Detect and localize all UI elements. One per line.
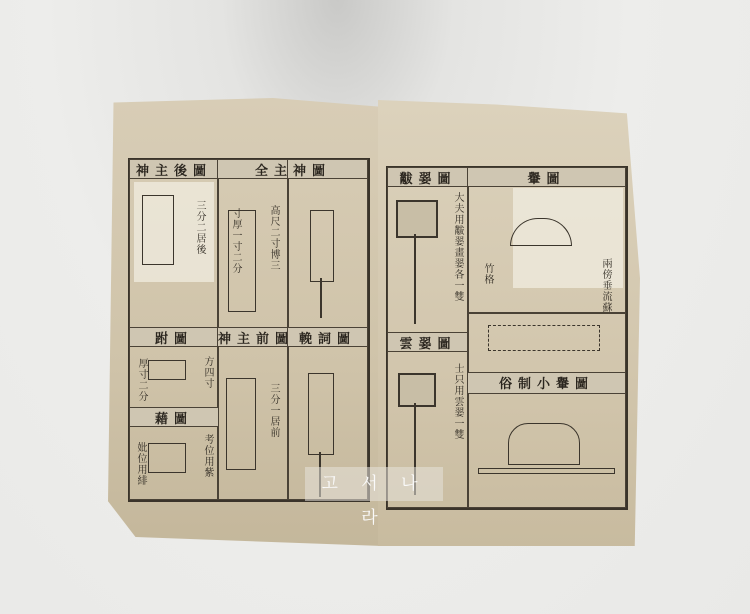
- panel-caption: 輓詞圖: [288, 328, 367, 347]
- tablet-drawing: [226, 378, 256, 470]
- panel-note: 大夫用黻翣畫翣各一雙: [450, 192, 465, 302]
- watermark: 고 서 나 라: [305, 467, 443, 501]
- panel-shenzhu-full: 全主神圖 高尺二寸博三: [217, 159, 289, 329]
- panel-fusha: 黻翣圖 大夫用黻翣畫翣各一雙: [387, 167, 469, 334]
- panel-caption: 轝圖: [468, 168, 625, 187]
- panel-note: 三分二居後: [192, 200, 207, 255]
- tablet-drawing: [228, 210, 256, 312]
- panel-note: 兩傍垂流蘇: [598, 258, 613, 313]
- panel-caption: 黻翣圖: [388, 168, 468, 187]
- tablet-drawing: [142, 195, 174, 265]
- panel-gongbu: [287, 159, 368, 329]
- frame-drawing: [488, 325, 600, 351]
- panel-note: 三分一居前: [266, 383, 281, 438]
- flag-drawing: [398, 373, 436, 407]
- carrying-poles-drawing: [478, 468, 615, 474]
- panel-note: 竹格: [480, 263, 495, 285]
- panel-note: 厚寸二分: [134, 358, 149, 402]
- panel-shenzhu-back: 神主後圖 三分二居後: [129, 159, 219, 329]
- panel-note: 高尺二寸博三: [266, 205, 281, 271]
- panel-caption: 神主後圖: [130, 160, 218, 179]
- banner-drawing: [308, 373, 334, 455]
- panel-small-yu: 俗制小轝圖: [467, 372, 626, 508]
- panel-yu: 轝圖 竹格 兩傍垂流蘇: [467, 167, 626, 314]
- panel-note: 妣位用緋: [133, 442, 148, 486]
- base-drawing: [148, 360, 186, 380]
- pole-drawing: [414, 234, 416, 324]
- panel-caption: 藉圖: [130, 408, 218, 427]
- mat-drawing: [148, 443, 186, 473]
- panel-caption: 神主前圖: [218, 328, 288, 347]
- panel-caption: 俗制小轝圖: [468, 373, 625, 394]
- panel-note: 士只用雲翣一雙: [450, 363, 465, 440]
- panel-caption: 跗圖: [130, 328, 218, 347]
- panel-note: 考位用紫: [200, 434, 215, 478]
- banner-drawing: [310, 210, 334, 282]
- flag-drawing: [396, 200, 438, 238]
- pole-drawing: [320, 278, 322, 318]
- panel-shenzhu-front: 神主前圖 三分一居前: [217, 327, 289, 500]
- panel-fu: 跗圖 厚寸二分 方四寸: [129, 327, 219, 409]
- palanquin-drawing: [508, 423, 580, 465]
- panel-bier-frame: [467, 312, 626, 374]
- panel-note: 方四寸: [200, 356, 215, 389]
- panel-caption: 雲翣圖: [388, 333, 468, 352]
- panel-jie: 藉圖 考位用紫 妣位用緋: [129, 407, 219, 500]
